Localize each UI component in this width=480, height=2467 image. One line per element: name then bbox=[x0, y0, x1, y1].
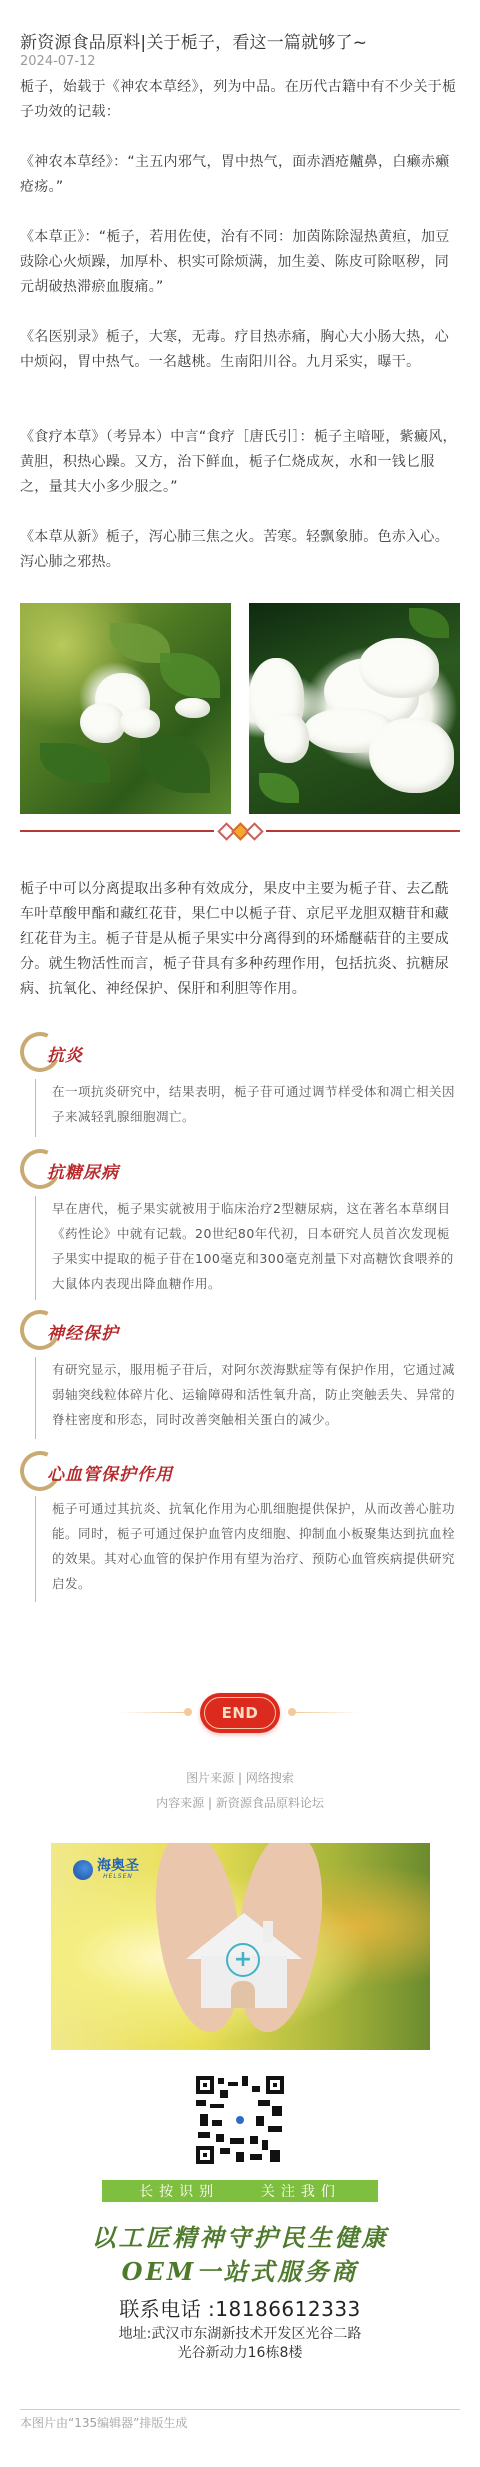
section-header-anti-diabetes: 抗糖尿病 bbox=[20, 1149, 440, 1193]
section-body-anti-diabetes: 早在唐代，栀子果实就被用于临床治疗2型糖尿病，这在著名本草纲目《药性论》中就有记… bbox=[35, 1196, 460, 1300]
dot-icon bbox=[184, 1708, 192, 1716]
intro-paragraph: 栀子，始载于《神农本草经》，列为中品。在历代古籍中有不少关于栀子功效的记载： bbox=[20, 75, 460, 125]
contact-address: 地址:武汉市东湖新技术开发区光谷二路 光谷新动力16栋8楼 bbox=[20, 2325, 460, 2363]
publish-date: 2024-07-12 bbox=[20, 54, 96, 69]
quote-bencaocongxin: 《本草从新》栀子，泻心肺三焦之火。苦寒。轻飘象肺。色赤入心。泻心肺之邪热。 bbox=[20, 525, 460, 575]
house-door bbox=[231, 1981, 255, 2008]
contact-phone: 联系电话 :18186612333 bbox=[20, 2293, 460, 2322]
section-header-neuroprotection: 神经保护 bbox=[20, 1310, 440, 1354]
ornamental-divider bbox=[20, 822, 460, 840]
section-header-cardiovascular: 心血管保护作用 bbox=[20, 1451, 440, 1495]
qr-code[interactable] bbox=[196, 2076, 284, 2164]
section-body-neuroprotection: 有研究显示，服用栀子苷后，对阿尔茨海默症等有保护作用，它通过减弱轴突线粒体碎片化… bbox=[35, 1357, 460, 1439]
quote-bencaozheng: 《本草正》：“栀子，若用佐使，治有不同：加茵陈除湿热黄疸，加豆豉除心火烦躁，加厚… bbox=[20, 225, 460, 300]
qr-logo-icon bbox=[229, 2109, 251, 2131]
editor-credit: 本图片由“135编辑器”排版生成 bbox=[20, 2414, 187, 2431]
end-line-left bbox=[120, 1712, 186, 1713]
gardenia-image-2 bbox=[249, 603, 460, 814]
divider-line-right bbox=[266, 830, 460, 832]
content-source-credit: 内容来源 | 新资源食品原料论坛 bbox=[20, 1791, 460, 1816]
section-body-cardiovascular: 栀子可通过其抗炎、抗氧化作用为心肌细胞提供保护，从而改善心脏功能。同时，栀子可通… bbox=[35, 1496, 460, 1602]
quote-shiliaobencao: 《食疗本草》（考异本）中言“食疗［唐氏引］：栀子主喑哑，紫癜风，黄胆，积热心躁。… bbox=[20, 425, 460, 500]
slogan-line-2: OEM一站式服务商 bbox=[20, 2252, 460, 2287]
quote-shennong: 《神农本草经》：“主五内邪气，胃中热气，面赤酒疮齇鼻，白癞赤癞疮疡。” bbox=[20, 150, 460, 200]
quote-mingyibielu: 《名医别录》栀子，大寒，无毒。疗目热赤痛，胸心大小肠大热，心中烦闷，胃中热气。一… bbox=[20, 325, 460, 375]
end-marker: END bbox=[20, 1693, 460, 1733]
section-header-anti-inflammatory: 抗炎 bbox=[20, 1032, 440, 1076]
logo-mark-icon bbox=[73, 1860, 93, 1880]
promo-banner-image: + 海奥圣 HELSEN bbox=[51, 1843, 430, 2050]
divider-line-left bbox=[20, 830, 214, 832]
image-source-credit: 图片来源 | 网络搜索 bbox=[20, 1766, 460, 1791]
qr-finder bbox=[196, 2146, 214, 2164]
diamond-icon bbox=[245, 822, 263, 840]
follow-us-bar: 长按识别 关注我们 bbox=[102, 2180, 378, 2202]
image-pair bbox=[20, 603, 460, 814]
end-line-right bbox=[294, 1712, 360, 1713]
slogan-line-1: 以工匠精神守护民生健康 bbox=[20, 2218, 460, 2253]
qr-finder bbox=[266, 2076, 284, 2094]
section-body-anti-inflammatory: 在一项抗炎研究中，结果表明，栀子苷可通过调节样受体和凋亡相关因子来减轻乳腺细胞凋… bbox=[35, 1079, 460, 1137]
article-title: 新资源食品原料|关于栀子，看这一篇就够了~ bbox=[20, 28, 367, 53]
footer-rule bbox=[20, 2409, 460, 2410]
medical-cross-icon: + bbox=[226, 1943, 260, 1977]
components-paragraph: 栀子中可以分离提取出多种有效成分，果皮中主要为栀子苷、去乙酰车叶草酸甲酯和藏红花… bbox=[20, 877, 460, 1002]
qr-finder bbox=[196, 2076, 214, 2094]
brand-logo: 海奥圣 HELSEN bbox=[73, 1859, 139, 1880]
end-badge: END bbox=[200, 1693, 280, 1733]
gardenia-image-1 bbox=[20, 603, 231, 814]
house-chimney bbox=[263, 1921, 273, 1943]
